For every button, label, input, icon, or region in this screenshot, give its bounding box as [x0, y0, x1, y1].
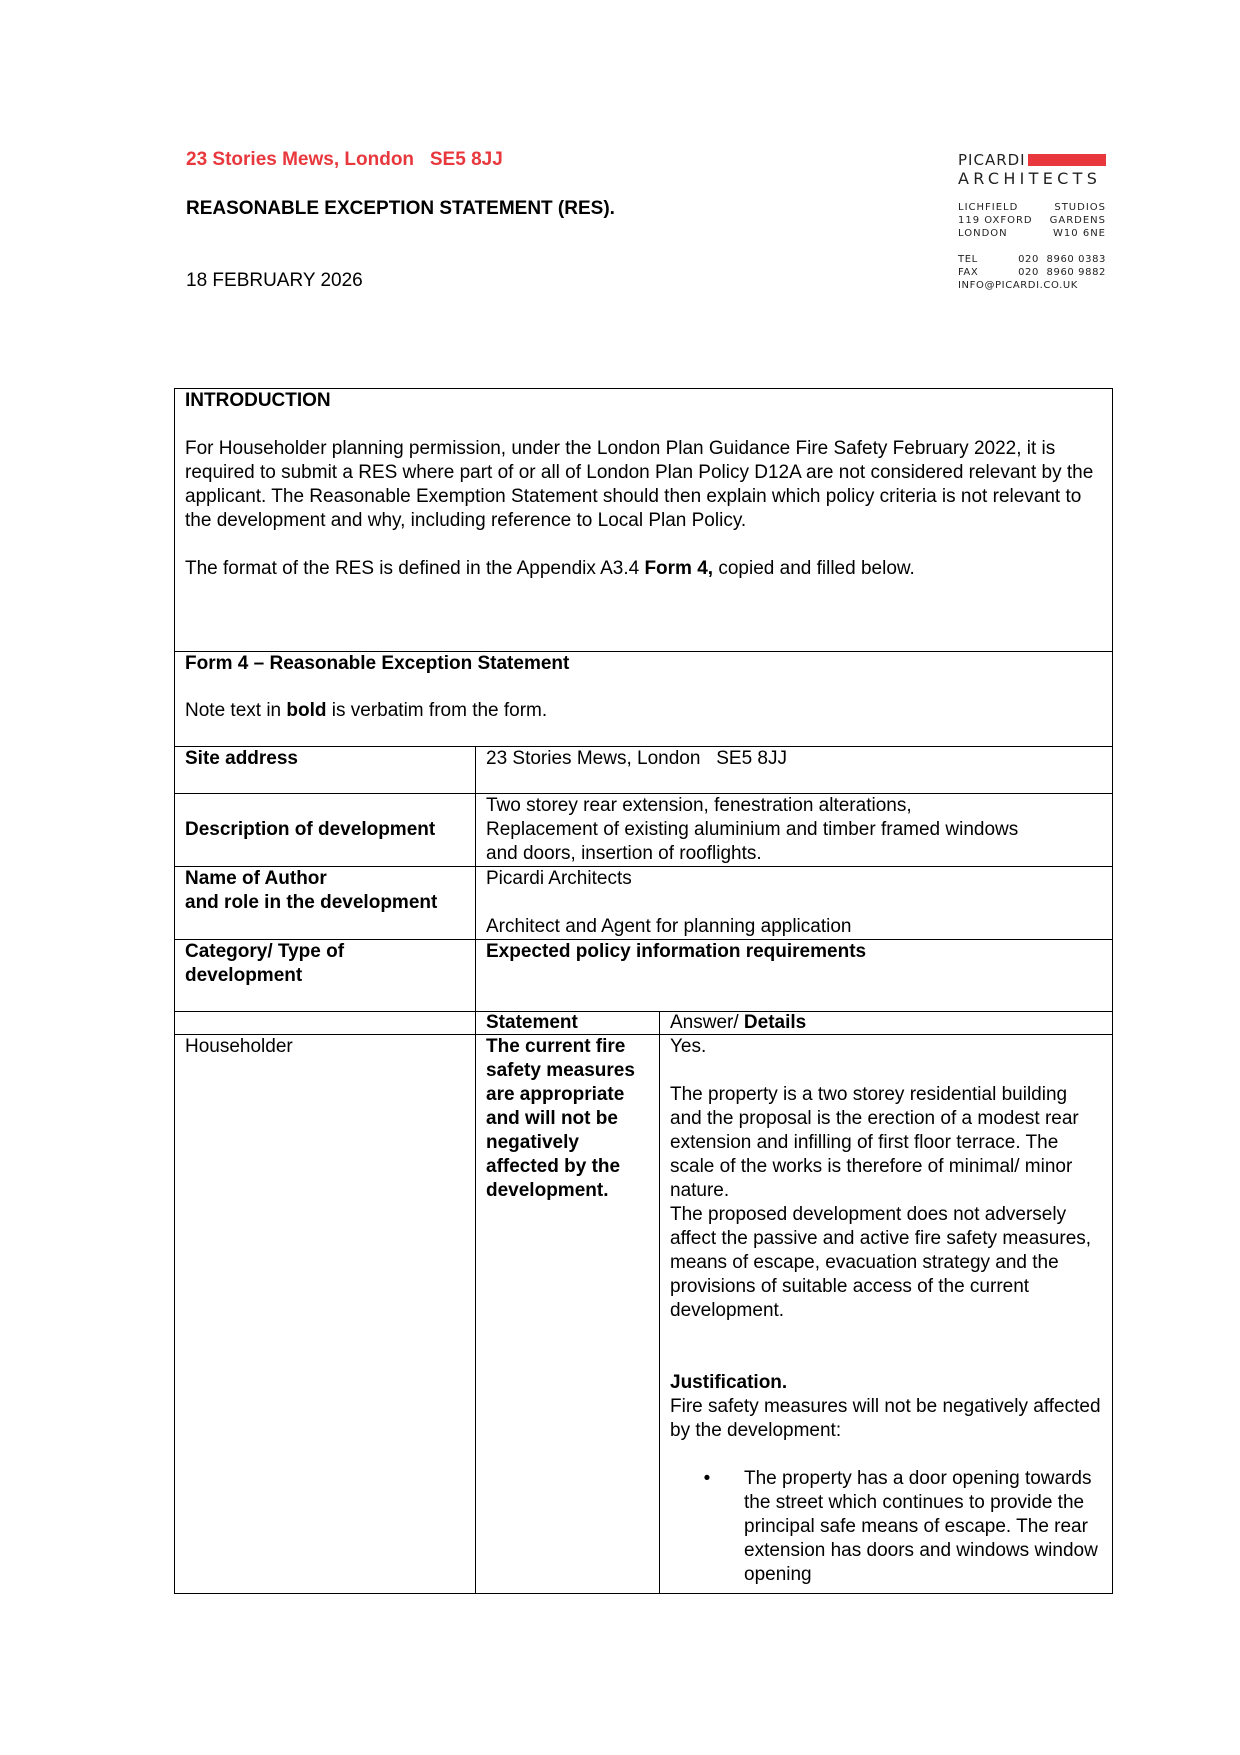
- logo-name-bottom: ARCHITECTS: [958, 169, 1106, 189]
- answer-cell: Yes. The property is a two storey reside…: [660, 1035, 1113, 1594]
- note-text: Note text in: [185, 700, 286, 721]
- justification-heading: Justification.: [670, 1371, 1102, 1395]
- bullet-text: The property has a door opening towards …: [744, 1467, 1102, 1587]
- company-address: LICHFIELDSTUDIOS 119 OXFORDGARDENS LONDO…: [958, 201, 1106, 240]
- company-contact: TEL020 8960 0383 FAX020 8960 9882 INFO@P…: [958, 253, 1106, 292]
- category-cell: Householder: [175, 1035, 476, 1594]
- intro-section: INTRODUCTION For Householder planning pe…: [175, 389, 1113, 652]
- description-row: Description of development Two storey re…: [175, 794, 1113, 867]
- author-label: Name of Author and role in the developme…: [175, 867, 476, 940]
- author-role: Architect and Agent for planning applica…: [486, 915, 1102, 939]
- author-name: Picardi Architects: [486, 867, 1102, 891]
- statement-column-header: Statement: [476, 1012, 660, 1035]
- document-title: REASONABLE EXCEPTION STATEMENT (RES).: [186, 198, 615, 220]
- empty-header-cell: [175, 1012, 476, 1035]
- householder-row: Householder The current fire safety meas…: [175, 1035, 1113, 1594]
- description-value: Two storey rear extension, fenestration …: [476, 794, 1113, 867]
- fax-value: 020 8960 9882: [998, 266, 1106, 279]
- justification-bullet: • The property has a door opening toward…: [670, 1467, 1102, 1587]
- res-form: INTRODUCTION For Householder planning pe…: [174, 388, 1112, 1594]
- statement-cell: The current fire safety measures are app…: [476, 1035, 660, 1594]
- answer-column-header: Answer/ Details: [660, 1012, 1113, 1035]
- category-label: Category/ Type of development: [175, 940, 476, 1012]
- address-line-1b: STUDIOS: [1054, 201, 1106, 214]
- intro-heading: INTRODUCTION: [185, 389, 1102, 413]
- author-value: Picardi Architects Architect and Agent f…: [476, 867, 1113, 940]
- note-bold: bold: [286, 700, 326, 721]
- address-line-1a: LICHFIELD: [958, 201, 1018, 214]
- tel-label: TEL: [958, 253, 998, 266]
- author-row: Name of Author and role in the developme…: [175, 867, 1113, 940]
- intro-format-paragraph: The format of the RES is defined in the …: [185, 557, 1102, 581]
- document-date: 18 FEBRUARY 2026: [186, 270, 363, 292]
- category-value: Expected policy information requirements: [476, 940, 1113, 1012]
- tel-value: 020 8960 0383: [998, 253, 1106, 266]
- format-text: The format of the RES is defined in the …: [185, 558, 644, 579]
- address-line-3b: W10 6NE: [1053, 227, 1106, 240]
- site-address-heading: 23 Stories Mews, London SE5 8JJ: [186, 149, 503, 171]
- company-email: INFO@PICARDI.CO.UK: [958, 279, 1106, 292]
- site-address-label: Site address: [175, 747, 476, 794]
- answer-value: Yes.: [670, 1035, 1102, 1059]
- form4-note: Note text in bold is verbatim from the f…: [185, 699, 1102, 723]
- address-line-2a: 119 OXFORD: [958, 214, 1033, 227]
- res-table: INTRODUCTION For Householder planning pe…: [174, 388, 1113, 1594]
- author-label-line: Name of Author: [185, 867, 465, 891]
- form4-row: Form 4 – Reasonable Exception Statement …: [175, 652, 1113, 747]
- site-address-value: 23 Stories Mews, London SE5 8JJ: [476, 747, 1113, 794]
- form4-reference: Form 4,: [644, 558, 713, 579]
- detail-paragraph: The proposed development does not advers…: [670, 1203, 1102, 1323]
- address-line-3a: LONDON: [958, 227, 1008, 240]
- address-line-2b: GARDENS: [1050, 214, 1106, 227]
- author-label-line: and role in the development: [185, 891, 465, 915]
- form4-section: Form 4 – Reasonable Exception Statement …: [175, 652, 1113, 747]
- description-line: and doors, insertion of rooflights.: [486, 842, 1102, 866]
- description-line: Replacement of existing aluminium and ti…: [486, 818, 1102, 842]
- company-logo: PICARDI ARCHITECTS LICHFIELDSTUDIOS 119 …: [958, 152, 1106, 292]
- statement-header-row: Statement Answer/ Details: [175, 1012, 1113, 1035]
- fax-label: FAX: [958, 266, 998, 279]
- intro-paragraph: For Householder planning permission, und…: [185, 437, 1102, 533]
- form4-heading: Form 4 – Reasonable Exception Statement: [185, 652, 1102, 676]
- answer-header-text: Answer/: [670, 1012, 744, 1033]
- details-header-text: Details: [744, 1012, 806, 1033]
- logo-red-bar: [1028, 154, 1106, 166]
- description-line: Two storey rear extension, fenestration …: [486, 794, 1102, 818]
- site-address-row: Site address 23 Stories Mews, London SE5…: [175, 747, 1113, 794]
- description-label: Description of development: [175, 794, 476, 867]
- justification-intro: Fire safety measures will not be negativ…: [670, 1395, 1102, 1443]
- bullet-icon: •: [670, 1467, 744, 1587]
- intro-row: INTRODUCTION For Householder planning pe…: [175, 389, 1113, 652]
- format-text-end: copied and filled below.: [713, 558, 915, 579]
- note-text-end: is verbatim from the form.: [327, 700, 548, 721]
- category-row: Category/ Type of development Expected p…: [175, 940, 1113, 1012]
- detail-paragraph: The property is a two storey residential…: [670, 1083, 1102, 1203]
- logo-name-top: PICARDI: [958, 152, 1026, 168]
